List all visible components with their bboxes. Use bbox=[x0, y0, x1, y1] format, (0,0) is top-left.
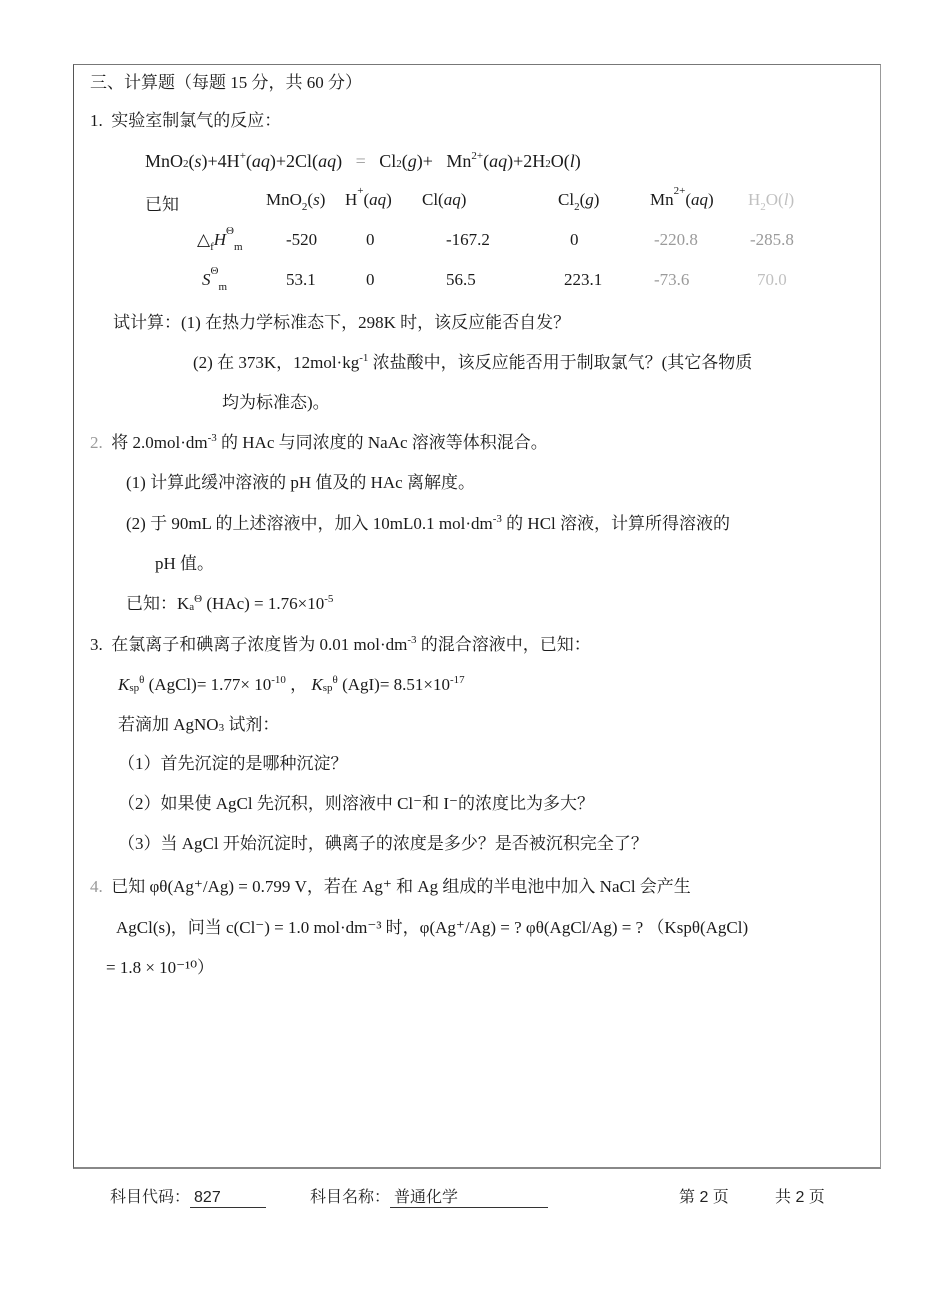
enthalpy-h: 0 bbox=[366, 230, 375, 250]
col-mn: Mn2+(aq) bbox=[650, 190, 714, 210]
entropy-mn: -73.6 bbox=[654, 270, 689, 290]
row-label-enthalpy: △fHΘm bbox=[197, 230, 243, 250]
q3-heading: 3. 在氯离子和碘离子浓度皆为 0.01 mol·dm-3 的混合溶液中，已知： bbox=[90, 634, 591, 656]
subject-code-value: 827 bbox=[190, 1189, 266, 1208]
page-current: 第 2 页 bbox=[679, 1184, 729, 1207]
q3-sub1: （1）首先沉淀的是哪种沉淀？ bbox=[118, 753, 348, 775]
footer-subject-name: 科目名称：普通化学 bbox=[310, 1184, 548, 1208]
q3-ksp: Kspθ (AgCl)= 1.77× 10-10 ， Kspθ (AgI)= 8… bbox=[118, 674, 465, 696]
enthalpy-mn: -220.8 bbox=[654, 230, 698, 250]
page-total: 共 2 页 bbox=[775, 1184, 825, 1207]
q2-sub1: (1) 计算此缓冲溶液的 pH 值及的 HAc 离解度。 bbox=[126, 472, 475, 494]
q1-number: 1. bbox=[90, 111, 103, 130]
q2-known: 已知：KaΘ (HAc) = 1.76×10-5 bbox=[126, 593, 333, 615]
q1-sub2: (2) 在 373K，12mol·kg-1 浓盐酸中，该反应能否用于制取氯气？(… bbox=[193, 352, 752, 374]
section-title: 三、计算题（每题 15 分，共 60 分） bbox=[90, 72, 362, 94]
q1-equation: MnO2(s)+4H+(aq)+2Cl(aq) = Cl2(g)+ Mn2+(a… bbox=[145, 150, 581, 172]
entropy-cl2: 223.1 bbox=[564, 270, 602, 290]
q4-line1: 4. 已知 φθ(Ag⁺/Ag) = 0.799 V，若在 Ag⁺ 和 Ag 组… bbox=[90, 876, 691, 898]
row-label-entropy: SΘm bbox=[202, 270, 227, 290]
q2-sub2: (2) 于 90mL 的上述溶液中，加入 10mL0.1 mol·dm-3 的 … bbox=[126, 513, 730, 535]
ask-label: 试计算： bbox=[113, 313, 181, 332]
q1-sub1: 试计算：(1) 在热力学标准态下，298K 时，该反应能否自发？ bbox=[113, 312, 570, 334]
footer-subject-code: 科目代码：827 bbox=[110, 1184, 266, 1208]
q2-heading: 2. 将 2.0mol·dm-3 的 HAc 与同浓度的 NaAc 溶液等体积混… bbox=[90, 432, 548, 454]
q3-reagent: 若滴加 AgNO3 试剂： bbox=[118, 714, 279, 736]
q4-line2: AgCl(s)，问当 c(Cl⁻) = 1.0 mol·dm⁻³ 时，φ(Ag⁺… bbox=[116, 917, 748, 939]
entropy-mno2: 53.1 bbox=[286, 270, 316, 290]
enthalpy-cl2: 0 bbox=[570, 230, 579, 250]
enthalpy-mno2: -520 bbox=[286, 230, 317, 250]
entropy-h: 0 bbox=[366, 270, 375, 290]
q1-prompt: 实验室制氯气的反应： bbox=[111, 111, 281, 130]
q4-line3: = 1.8 × 10⁻¹⁰） bbox=[106, 957, 214, 979]
col-h2o: H2O(l) bbox=[748, 190, 794, 210]
q2-sub2-cont: pH 值。 bbox=[155, 553, 214, 575]
col-cl2: Cl2(g) bbox=[558, 190, 599, 210]
q3-sub3: （3）当 AgCl 开始沉淀时，碘离子的浓度是多少？是否被沉积完全了？ bbox=[118, 833, 648, 855]
q1-heading: 1. 实验室制氯气的反应： bbox=[90, 110, 281, 132]
entropy-cl: 56.5 bbox=[446, 270, 476, 290]
q1-sub2-cont: 均为标准态)。 bbox=[222, 392, 330, 414]
subject-name-value: 普通化学 bbox=[390, 1184, 548, 1208]
entropy-h2o: 70.0 bbox=[757, 270, 787, 290]
col-h: H+(aq) bbox=[345, 190, 392, 210]
enthalpy-h2o: -285.8 bbox=[750, 230, 794, 250]
col-mno2: MnO2(s) bbox=[266, 190, 325, 210]
equation-sign: = bbox=[356, 151, 366, 171]
enthalpy-cl: -167.2 bbox=[446, 230, 490, 250]
table-label: 已知 bbox=[145, 190, 179, 215]
col-cl: Cl(aq) bbox=[422, 190, 466, 210]
q3-sub2: （2）如果使 AgCl 先沉积，则溶液中 Cl⁻和 I⁻的浓度比为多大？ bbox=[118, 793, 594, 815]
